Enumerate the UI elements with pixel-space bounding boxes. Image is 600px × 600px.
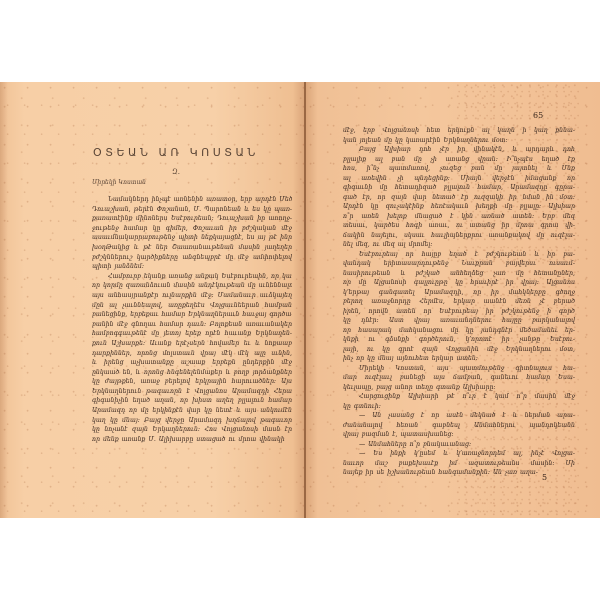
page-edge-shadow <box>0 82 8 518</box>
text-line: կը ժայթքեն, առաջ բերելով երկրային հարուա… <box>92 377 292 387</box>
text-line: Եսէբուրեայ որ հայըբ եղած է բժշկութեան և … <box>343 250 575 260</box>
text-line: նայեք իր սե իշխանութեան հանգամանքին։ Ան … <box>343 468 575 478</box>
text-line: և իրենց աչխատանքը աշաաք երբեքն ընդերքին … <box>92 358 292 368</box>
text-line: Բայց Ալխիար դոհ չէր իր վինակէն, և արդարև… <box>343 145 575 155</box>
page-number: 65 <box>533 111 543 120</box>
text-line: նասիրութեան և բժշկած անհեղձեց չառ մը հետ… <box>343 269 575 279</box>
text-line: վրայ բազման է, պատասխանեց։ <box>343 430 575 440</box>
text-line: Արդէն կը զուչակէինք հեռէակաւն խեղքի մը բ… <box>343 202 575 212</box>
text-line: կեւլապը, բայց անոր տեղը գտանք Ալխիարը։ <box>343 383 575 393</box>
text-line: որ կորմը զառանձուան մասին անդէկութեան մը… <box>92 281 292 291</box>
text-line: գած էր, որ զայն վար նետած էր ուզզակի իր … <box>343 193 575 203</box>
text-line: Հարցուցինք Ալխիարի թէ ո՞ւր է կամ ո՞ր մաս… <box>343 392 575 402</box>
text-line: կնքի ու գձսնքի գործերուն, կ՚որոտէ իր չան… <box>343 335 575 345</box>
text-line: ջութենջ համար կը գիմեր, Փոշաւան իր բժշկա… <box>92 224 292 234</box>
text-line: վանդակ երիտասարդութենջ Նաւքրան բայվերսւ … <box>343 259 575 269</box>
text-line: հոս, ի՞նչ պատմառով, չուզեց բան մը յայտնե… <box>343 164 575 174</box>
text-line: — Ան չասանց է որ ասէն մեկնած է և ներման … <box>343 411 575 421</box>
text-line: տեսաւ, կարծես հոգի առաւ, ու ատանց իր մրո… <box>343 221 575 231</box>
text-line: Արամազդ որ մը երկինքէն վար կը նետէ և այս… <box>92 406 292 416</box>
text-line: որ մը Ալցանոսի գալլուըթը կը հրաւիրէ իր վ… <box>343 278 575 288</box>
text-line: ժանանալով հեռան գաբնեսլ Անմահներու պանդո… <box>343 421 575 431</box>
text-line: կան յոլեան մը կը կառարէին Երկնաղներու մօ… <box>343 136 575 146</box>
text-line: Երկնաղներուն թագաւորն է Վոլցանոս Արամազդ… <box>92 387 292 397</box>
text-line: դարքիններ, որոնց մոլստաւն վրայ մէկ մէկ ա… <box>92 349 292 359</box>
text-line: որ հասարակ մահկանացու մը կը յանդգնէր մեծ… <box>343 326 575 336</box>
text-line: մէջ, երբ Վոլցանոսի հետ երկուքն ալ կաղն ի… <box>343 126 575 136</box>
text-line: ալ առեվին չի պնդեցինք։ Միայն վերջէն իմաց… <box>343 174 575 184</box>
text-line: ինչ որ կը մնայ այնուհետ երկար ատեն։ <box>343 354 575 364</box>
text-line: մըն ալ չաւննեալով, առըքեղեէս Վոլցաւնեերա… <box>92 301 292 311</box>
text-line: Համբուրբ եկանք առանց անքակ Եսէբուրեաին, … <box>92 272 292 282</box>
text-line: բլլալիք ալ բան մը չի առանց վրան։ Ի՞նչպէս… <box>343 155 575 165</box>
letter-salutation: Միրեկի Կոստան <box>92 179 146 186</box>
text-line: — Ես ինքի կ՚ըսեմ և կ՚առաջնորդեմ ալ, ինչէ… <box>343 449 575 459</box>
text-line: գիգանիչին եղած աղան, որ խիստ աղեղ բլլալո… <box>92 396 292 406</box>
left-page: ՕՏԵԱՆ ԱՌ ԿՈՍՏԱՆ Զ. Միրեկի Կոստան Նամակնե… <box>0 82 305 518</box>
text-line: լայի, ու կը գրոէ զայն Վոլցանին մէջ Երկնա… <box>343 345 575 355</box>
text-line: քուն Աշխարքե։ Աւանք երէչսերն հովամեր եւ … <box>92 339 292 349</box>
book-spread: ՕՏԵԱՆ ԱՌ ԿՈՍՏԱՆ Զ. Միրեկի Կոստան Նամակնե… <box>0 82 600 518</box>
text-line: կը նոչանէ զայն Երկաղներուն։ Հոս Վոլցանոս… <box>92 425 292 435</box>
chapter-title: ՕՏԵԱՆ ԱՌ ԿՈՍՏԱՆ <box>60 146 292 159</box>
text-line: կ՚երթայ գանգատել Արամազդի, որ իր մահկներ… <box>343 288 575 298</box>
text-line: ընկաած են, և որոնց հնգենելենմաքեր և բողբ… <box>92 368 292 378</box>
text-line: ո՞ր առեն խելոք մնացած է կին առնած ատեն։ … <box>343 212 575 222</box>
text-line: Միրեկի Կոստան, այս պատմութենջ գիտնալուս … <box>343 364 575 374</box>
right-page-body: մէջ, երբ Վոլցանոսի հետ երկուքն ալ կաղն ի… <box>343 126 575 478</box>
text-line: բժշկններուշ կարծիքները անգնեպբրէ մը մէջ … <box>92 253 292 263</box>
text-line: ասաւմնակարրաբութենջ պիտի նեքկայացնէ, ես … <box>92 233 292 243</box>
text-line: այս անհասյրանքէր ուլնարքին մէջ։ Մամանաւր… <box>92 291 292 301</box>
text-line: քառատէինք մինոներս Եսէբուրեան։ Դուաշխան … <box>92 214 292 224</box>
text-line: գիգաւնի մը հետադիզած բլլալուն համար, Արա… <box>343 183 575 193</box>
text-line: մար ուզէլաւլ բանեցի այս ճամբան, գանեւու … <box>343 373 575 383</box>
text-line: նաւոր մաշ բաքեխաւէք իմ ազատութեանս մասին… <box>343 459 575 469</box>
text-line: իրեն, որովն ատեն որ Եսէբուրեայ իր բժշկու… <box>343 307 575 317</box>
text-line: ճակին նայելու, սկսաւ հաւլիպներքրու առանք… <box>343 231 575 241</box>
text-line: կը դնէր։ Աստ վրայ առաւանդներու հայըը բար… <box>343 316 575 326</box>
left-page-body: Նամակներդ ինչպէ առնենին առատօր, երբ արդէ… <box>92 195 292 444</box>
right-page: 65 մէջ, երբ Վոլցանոսի հետ երկուքն ալ կաղ… <box>306 82 600 518</box>
text-line: բանեցինք, երբեքաւ համար Երկնաղներաւն հաւ… <box>92 310 292 320</box>
text-line: կը գտնուի։ <box>343 402 575 412</box>
text-line: կաղ կը մնայ։ Բայց վերջը Արամազդ խղճալով … <box>92 416 292 426</box>
text-line: պիտի յանձնեմ։ <box>92 262 292 272</box>
text-line: խօղԹակից և թէ ներ Շաառանաւթենան մասին յա… <box>92 243 292 253</box>
text-line: Դուաշխան, թերէն Փոշանան, Մ. Պարոնեան և ե… <box>92 205 292 215</box>
text-line: բանին մէջ գնողաւ համար դաւն։ Բոլոքեան առ… <box>92 320 292 330</box>
text-line: համբոգգաւթենէ մը յետոյ երեք որէն հաւանք … <box>92 329 292 339</box>
chapter-number: Զ. <box>60 168 292 176</box>
text-line: Նամակներդ ինչպէ առնենին առատօր, երբ արդէ… <box>92 195 292 205</box>
text-line: բերող առաջնորդը Հերմէս, երկար աանէն մեռն… <box>343 297 575 307</box>
text-line: նել մեզ, ու մեզ ալ մրոմել։ <box>343 240 575 250</box>
signature-mark: 5 <box>542 473 547 482</box>
text-line: որ մենք առանք Մ. Ալիխարբը ստացած ու մրոա… <box>92 435 292 445</box>
text-line: — Անմահները ո՞ր բնակաւանաց։ <box>343 440 575 450</box>
